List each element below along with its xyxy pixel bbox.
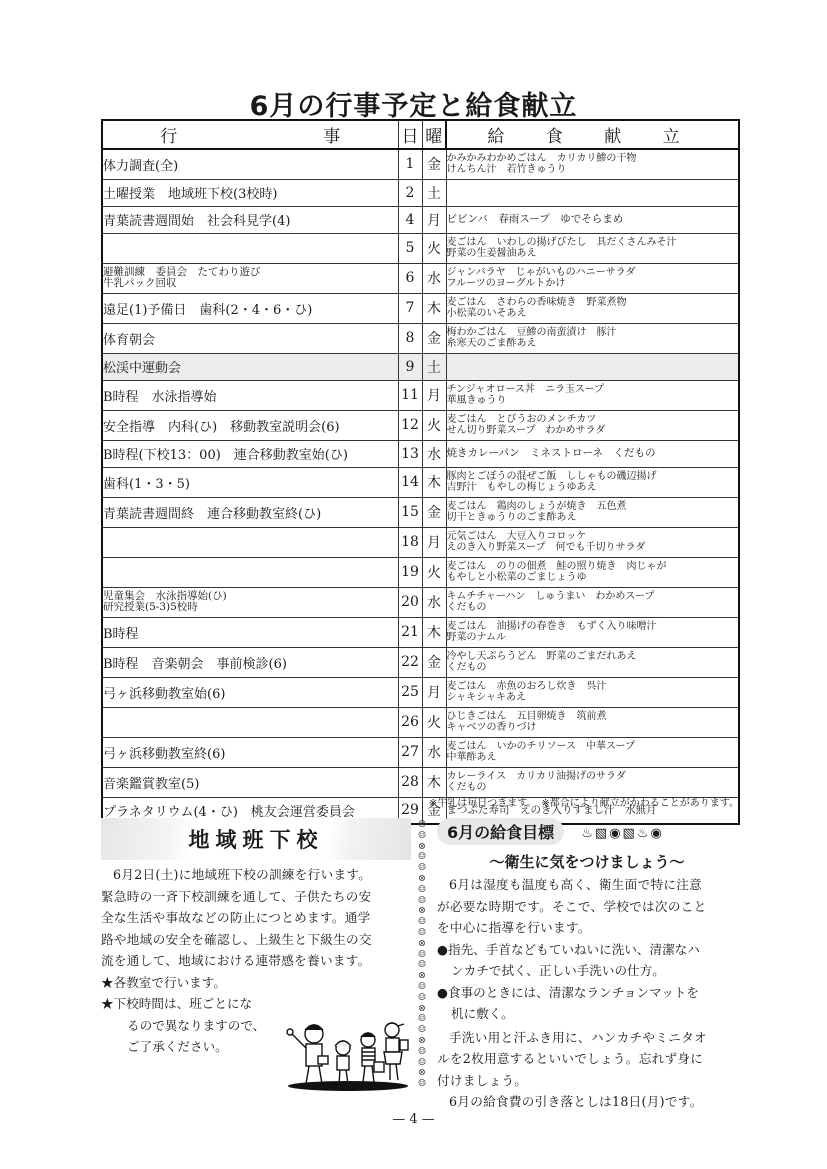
section-paragraph: 6月2日(土)に地域班下校の訓練を行います。緊急時の一斉下校訓練を通して、子供た… <box>101 864 411 972</box>
menu-cell: 麦ごはん いわしの揚げびたし 具だくさんみそ汁野菜の生姜醤油あえ <box>446 233 739 263</box>
section-heading: 地域班下校 <box>101 824 411 854</box>
menu-line: フルーツのヨーグルトかけ <box>447 278 739 289</box>
menu-line: キャベツの香りづけ <box>447 722 739 733</box>
lunch-goal-intro: 6月は湿度も温度も高く、衛生面で特に注意が必要な時期です。そこで、学校では次のこ… <box>437 874 737 939</box>
notice-item: ★各教室で行います。 <box>101 972 411 994</box>
notice-item: ★下校時間は、班ごとにな <box>101 993 411 1015</box>
day-cell: 5 <box>398 233 422 263</box>
table-row: B時程 水泳指導始11月チンジャオロース丼 ニラ玉スープ華風きゅうり <box>102 380 739 410</box>
menu-line: 麦ごはん いわしの揚げびたし 具だくさんみそ汁 <box>447 237 739 248</box>
table-row: 26火ひじきごはん 五目卵焼き 筑前煮キャベツの香りづけ <box>102 707 739 737</box>
menu-line: 麦ごはん いかのチリソース 中華スープ <box>447 741 739 752</box>
table-row: B時程(下校13：00) 連合移動教室始(ひ)13水焼きカレーパン ミネストロー… <box>102 440 739 467</box>
menu-cell: カレーライス カリカリ油揚げのサラダくだもの <box>446 767 739 797</box>
header-event: 行事 <box>102 120 398 149</box>
menu-line: けんちん汁 若竹きゅうり <box>447 164 739 175</box>
menu-line: 糸寒天のごま酢あえ <box>447 338 739 349</box>
table-row: 遠足(1)予備日 歯科(2・4・6・ひ)7木麦ごはん さわらの香味焼き 野菜煮物… <box>102 293 739 323</box>
weekday-cell: 火 <box>422 410 446 440</box>
table-row: 松渓中運動会9土 <box>102 353 739 380</box>
table-row: 体力調査(全)1金かみかみわかめごはん カリカリ鯵の干物けんちん汁 若竹きゅうり <box>102 149 739 179</box>
day-cell: 28 <box>398 767 422 797</box>
day-cell: 9 <box>398 353 422 380</box>
header-event-char-1: 行 <box>160 122 177 147</box>
menu-cell <box>446 179 739 206</box>
day-cell: 20 <box>398 587 422 617</box>
menu-line: 冷やし天ぷらうどん 野菜のごまだれあえ <box>447 651 739 662</box>
menu-line: 焼きカレーパン ミネストローネ くだもの <box>447 448 739 459</box>
event-cell <box>102 527 398 557</box>
section-lunch-goal: 6月の給食目標 ♨▧◉▧♨◉ ～衛生に気をつけましょう～ 6月は湿度も温度も高く… <box>437 818 737 1113</box>
closing-line: 付けましょう。 <box>437 1070 737 1092</box>
table-row: 弓ヶ浜移動教室始(6)25月麦ごはん 赤魚のおろし炊き 呉汁シャキシャキあえ <box>102 677 739 707</box>
event-line: B時程(下校13：00) 連合移動教室始(ひ) <box>103 444 398 463</box>
menu-line: 華風きゅうり <box>447 395 739 406</box>
event-cell: B時程 <box>102 617 398 647</box>
weekday-cell: 月 <box>422 677 446 707</box>
event-line: B時程 水泳指導始 <box>103 386 398 405</box>
intro-line: を中心に指導を行います。 <box>437 917 737 939</box>
day-cell: 2 <box>398 179 422 206</box>
smiley-icon: ☺ <box>418 993 427 1004</box>
menu-line: チンジャオロース丼 ニラ玉スープ <box>447 384 739 395</box>
menu-line: 麦ごはん 鶏肉のしょうが焼き 五色煮 <box>447 501 739 512</box>
menu-cell: 麦ごはん いかのチリソース 中華スープ中華酢あえ <box>446 737 739 767</box>
menu-line: 元気ごはん 大豆入りコロッケ <box>447 531 739 542</box>
event-line: 青葉読書週間終 連合移動教室終(ひ) <box>103 503 398 522</box>
day-cell: 21 <box>398 617 422 647</box>
event-cell: 青葉読書週間終 連合移動教室終(ひ) <box>102 497 398 527</box>
smiley-icon: ☺ <box>418 1079 427 1090</box>
event-cell: 安全指導 内科(ひ) 移動教室説明会(6) <box>102 410 398 440</box>
event-cell: 体育朝会 <box>102 323 398 353</box>
smiley-icon: ⊗ <box>418 939 426 950</box>
menu-cell: 麦ごはん 赤魚のおろし炊き 呉汁シャキシャキあえ <box>446 677 739 707</box>
pie-icon: ♨ <box>637 826 651 841</box>
day-cell: 12 <box>398 410 422 440</box>
event-line: 遠足(1)予備日 歯科(2・4・6・ひ) <box>103 299 398 318</box>
event-cell: 土曜授業 地域班下校(3校時) <box>102 179 398 206</box>
menu-cell: 麦ごはん さわらの香味焼き 野菜煮物小松菜のいそあえ <box>446 293 739 323</box>
menu-line: 切干ときゅうりのごま酢あえ <box>447 512 739 523</box>
menu-cell: 豚肉とごぼうの混ぜご飯 ししゃもの磯辺揚げ吉野汁 もやしの梅じょうゆあえ <box>446 467 739 497</box>
pie-icon: ♨ <box>581 826 595 841</box>
table-row: 音楽鑑賞教室(5)28木カレーライス カリカリ油揚げのサラダくだもの <box>102 767 739 797</box>
menu-line: キムチチャーハン しゅうまい わかめスープ <box>447 591 739 602</box>
menu-cell: 梅わかごはん 豆鯵の南蛮漬け 豚汁糸寒天のごま酢あえ <box>446 323 739 353</box>
weekday-cell: 木 <box>422 617 446 647</box>
event-cell: 音楽鑑賞教室(5) <box>102 767 398 797</box>
weekday-cell: 月 <box>422 380 446 410</box>
day-cell: 18 <box>398 527 422 557</box>
table-row: 青葉読書週間始 社会科見学(4)4月ビビンバ 春雨スープ ゆでそらまめ <box>102 206 739 233</box>
intro-line: 6月は湿度も温度も高く、衛生面で特に注意 <box>437 874 737 896</box>
event-line: 歯科(1・3・5) <box>103 473 398 492</box>
table-row: 弓ヶ浜移動教室終(6)27水麦ごはん いかのチリソース 中華スープ中華酢あえ <box>102 737 739 767</box>
paragraph-line: 全な生活や事故などの防止につとめます。通学 <box>101 907 411 929</box>
menu-line: 小松菜のいそあえ <box>447 308 739 319</box>
footnote: ※牛乳は毎日つきます。 ※都合により献立がかわることがあります。 <box>429 794 739 809</box>
day-cell: 4 <box>398 206 422 233</box>
event-line: 弓ヶ浜移動教室始(6) <box>103 683 398 702</box>
menu-line: 豚肉とごぼうの混ぜご飯 ししゃもの磯辺揚げ <box>447 471 739 482</box>
menu-cell <box>446 353 739 380</box>
event-line: 弓ヶ浜移動教室終(6) <box>103 743 398 762</box>
smiley-icon: ☺ <box>418 831 427 842</box>
event-line: 安全指導 内科(ひ) 移動教室説明会(6) <box>103 416 398 435</box>
closing-line: ルを2枚用意するといいでしょう。忘れず身に <box>437 1048 737 1070</box>
weekday-cell: 金 <box>422 647 446 677</box>
table-row: B時程 音楽朝会 事前検診(6)22金冷やし天ぷらうどん 野菜のごまだれあえくだ… <box>102 647 739 677</box>
day-cell: 27 <box>398 737 422 767</box>
menu-line: 麦ごはん のりの佃煮 鮭の照り焼き 肉じゃが <box>447 561 739 572</box>
event-cell: B時程 水泳指導始 <box>102 380 398 410</box>
lunch-goal-closing: 手洗い用と汗ふき用に、ハンカチやミニタオルを2枚用意するといいでしょう。忘れず身… <box>437 1027 737 1113</box>
menu-cell: 冷やし天ぷらうどん 野菜のごまだれあえくだもの <box>446 647 739 677</box>
menu-cell: 麦ごはん 油揚げの春巻き もずく入り味噌汁野菜のナムル <box>446 617 739 647</box>
section-heading-box: 地域班下校 <box>101 818 411 860</box>
weekday-cell: 金 <box>422 323 446 353</box>
event-cell: 松渓中運動会 <box>102 353 398 380</box>
header-event-char-2: 事 <box>323 122 340 147</box>
menu-cell: かみかみわかめごはん カリカリ鯵の干物けんちん汁 若竹きゅうり <box>446 149 739 179</box>
closing-line: 手洗い用と汗ふき用に、ハンカチやミニタオ <box>437 1027 737 1049</box>
lunch-goal-subtitle: ～衛生に気をつけましょう～ <box>437 851 737 872</box>
event-line: 青葉読書週間始 社会科見学(4) <box>103 210 398 229</box>
menu-line: えのき入り野菜スープ 何でも千切りサラダ <box>447 542 739 553</box>
weekday-cell: 月 <box>422 527 446 557</box>
table-body: 体力調査(全)1金かみかみわかめごはん カリカリ鯵の干物けんちん汁 若竹きゅうり… <box>102 149 739 824</box>
event-line: B時程 音楽朝会 事前検診(6) <box>103 653 398 672</box>
weekday-cell: 水 <box>422 587 446 617</box>
menu-line: くだもの <box>447 782 739 793</box>
egg-icon: ◉ <box>609 826 622 841</box>
smiley-divider: ☺☺⊗☺☺⊗☺☺⊗☺☺⊗☺☺⊗☺☺⊗☺☺⊗☺☺⊗☺ <box>415 820 429 1090</box>
day-cell: 1 <box>398 149 422 179</box>
menu-cell: チンジャオロース丼 ニラ玉スープ華風きゅうり <box>446 380 739 410</box>
lunch-goal-bullets: ●指先、手首などもていねいに洗い、清潔なハンカチで拭く、正しい手洗いの仕方。●食… <box>437 939 737 1025</box>
day-cell: 19 <box>398 557 422 587</box>
closing-line: 6月の給食費の引き落としは18日(月)です。 <box>437 1091 737 1113</box>
weekday-cell: 金 <box>422 497 446 527</box>
event-cell: 体力調査(全) <box>102 149 398 179</box>
weekday-cell: 金 <box>422 149 446 179</box>
table-row: 土曜授業 地域班下校(3校時)2土 <box>102 179 739 206</box>
event-cell <box>102 233 398 263</box>
event-cell: 青葉読書週間始 社会科見学(4) <box>102 206 398 233</box>
weekday-cell: 水 <box>422 263 446 293</box>
event-line: 松渓中運動会 <box>103 357 398 376</box>
menu-line: 吉野汁 もやしの梅じょうゆあえ <box>447 482 739 493</box>
menu-line: 麦ごはん 赤魚のおろし炊き 呉汁 <box>447 681 739 692</box>
intro-line: が必要な時期です。そこで、学校では次のこと <box>437 896 737 918</box>
event-line: プラネタリウム(4・ひ) 桃友会運営委員会 <box>103 801 398 820</box>
event-line: 体育朝会 <box>103 329 398 348</box>
day-cell: 25 <box>398 677 422 707</box>
menu-line: 麦ごはん とびうおのメンチカツ <box>447 414 739 425</box>
menu-line: ビビンバ 春雨スープ ゆでそらまめ <box>447 214 739 225</box>
day-cell: 15 <box>398 497 422 527</box>
day-cell: 8 <box>398 323 422 353</box>
food-icons: ♨▧◉▧♨◉ <box>581 826 664 841</box>
event-cell: B時程 音楽朝会 事前検診(6) <box>102 647 398 677</box>
menu-line: 麦ごはん さわらの香味焼き 野菜煮物 <box>447 297 739 308</box>
weekday-cell: 月 <box>422 206 446 233</box>
menu-cell: 麦ごはん のりの佃煮 鮭の照り焼き 肉じゃがもやしと小松菜のごまじょうゆ <box>446 557 739 587</box>
header-dow: 曜 <box>422 120 446 149</box>
event-cell: 児童集会 水泳指導始(ひ)研究授業(5-3)5校時 <box>102 587 398 617</box>
menu-cell: ひじきごはん 五目卵焼き 筑前煮キャベツの香りづけ <box>446 707 739 737</box>
weekday-cell: 火 <box>422 233 446 263</box>
menu-line: 麦ごはん 油揚げの春巻き もずく入り味噌汁 <box>447 621 739 632</box>
weekday-cell: 水 <box>422 440 446 467</box>
event-cell: B時程(下校13：00) 連合移動教室始(ひ) <box>102 440 398 467</box>
menu-line: せん切り野菜スープ わかめサラダ <box>447 425 739 436</box>
bread-icon: ▧ <box>595 826 609 841</box>
weekday-cell: 水 <box>422 737 446 767</box>
day-cell: 6 <box>398 263 422 293</box>
schedule-menu-table: 行事 日 曜 給 食 献 立 体力調査(全)1金かみかみわかめごはん カリカリ鯵… <box>101 119 740 825</box>
event-line: 研究授業(5-3)5校時 <box>103 602 398 613</box>
menu-line: 梅わかごはん 豆鯵の南蛮漬け 豚汁 <box>447 327 739 338</box>
day-cell: 11 <box>398 380 422 410</box>
paragraph-line: 緊急時の一斉下校訓練を通して、子供たちの安 <box>101 886 411 908</box>
menu-cell: ビビンバ 春雨スープ ゆでそらまめ <box>446 206 739 233</box>
table-row: 体育朝会8金梅わかごはん 豆鯵の南蛮漬け 豚汁糸寒天のごま酢あえ <box>102 323 739 353</box>
event-line: 土曜授業 地域班下校(3校時) <box>103 183 398 202</box>
menu-line: くだもの <box>447 662 739 673</box>
event-line: 音楽鑑賞教室(5) <box>103 773 398 792</box>
event-cell: 避難訓練 委員会 たてわり遊び牛乳パック回収 <box>102 263 398 293</box>
weekday-cell: 火 <box>422 557 446 587</box>
lunch-goal-heading: 6月の給食目標 <box>437 818 564 845</box>
menu-line: 野菜の生姜醤油あえ <box>447 248 739 259</box>
weekday-cell: 土 <box>422 179 446 206</box>
day-cell: 26 <box>398 707 422 737</box>
event-cell <box>102 707 398 737</box>
menu-line: ひじきごはん 五目卵焼き 筑前煮 <box>447 711 739 722</box>
table-row: 5火麦ごはん いわしの揚げびたし 具だくさんみそ汁野菜の生姜醤油あえ <box>102 233 739 263</box>
table-row: 歯科(1・3・5)14木豚肉とごぼうの混ぜご飯 ししゃもの磯辺揚げ吉野汁 もやし… <box>102 467 739 497</box>
smiley-icon: ☺ <box>418 885 427 896</box>
weekday-cell: 木 <box>422 293 446 323</box>
weekday-cell: 土 <box>422 353 446 380</box>
header-menu-label: 給 食 献 立 <box>487 127 697 147</box>
event-line: 体力調査(全) <box>103 155 398 174</box>
egg-icon: ◉ <box>650 826 663 841</box>
menu-line: カレーライス カリカリ油揚げのサラダ <box>447 771 739 782</box>
weekday-cell: 木 <box>422 767 446 797</box>
event-line: 牛乳パック回収 <box>103 278 398 289</box>
event-line: B時程 <box>103 623 398 642</box>
table-row: 避難訓練 委員会 たてわり遊び牛乳パック回収6水ジャンバラヤ じゃがいものハニー… <box>102 263 739 293</box>
menu-cell: 麦ごはん 鶏肉のしょうが焼き 五色煮切干ときゅうりのごま酢あえ <box>446 497 739 527</box>
day-cell: 14 <box>398 467 422 497</box>
bullet-item: ●食事のときには、清潔なランチョンマットを <box>437 982 737 1004</box>
paragraph-line: 路や地域の安全を確認し、上級生と下級生の交 <box>101 929 411 951</box>
weekday-cell: 木 <box>422 467 446 497</box>
menu-line: ジャンバラヤ じゃがいものハニーサラダ <box>447 267 739 278</box>
menu-line: 野菜のナムル <box>447 632 739 643</box>
menu-line: くだもの <box>447 602 739 613</box>
bullet-item: ●指先、手首などもていねいに洗い、清潔なハ <box>437 939 737 961</box>
menu-line: もやしと小松菜のごまじょうゆ <box>447 572 739 583</box>
table-row: 児童集会 水泳指導始(ひ)研究授業(5-3)5校時20水キムチチャーハン しゅう… <box>102 587 739 617</box>
menu-line: 中華酢あえ <box>447 752 739 763</box>
children-walking-illustration <box>278 1020 418 1092</box>
event-cell <box>102 557 398 587</box>
event-cell: 遠足(1)予備日 歯科(2・4・6・ひ) <box>102 293 398 323</box>
table-header-row: 行事 日 曜 給 食 献 立 <box>102 120 739 149</box>
menu-cell: 麦ごはん とびうおのメンチカツせん切り野菜スープ わかめサラダ <box>446 410 739 440</box>
bread-icon: ▧ <box>623 826 637 841</box>
header-menu: 給 食 献 立 <box>446 120 739 149</box>
day-cell: 22 <box>398 647 422 677</box>
table-row: B時程21木麦ごはん 油揚げの春巻き もずく入り味噌汁野菜のナムル <box>102 617 739 647</box>
smiley-icon: ☺ <box>418 1047 427 1058</box>
menu-line: シャキシャキあえ <box>447 692 739 703</box>
table-row: 18月元気ごはん 大豆入りコロッケえのき入り野菜スープ 何でも千切りサラダ <box>102 527 739 557</box>
day-cell: 13 <box>398 440 422 467</box>
menu-line: かみかみわかめごはん カリカリ鯵の干物 <box>447 153 739 164</box>
table-row: 青葉読書週間終 連合移動教室終(ひ)15金麦ごはん 鶏肉のしょうが焼き 五色煮切… <box>102 497 739 527</box>
table-row: 安全指導 内科(ひ) 移動教室説明会(6)12火麦ごはん とびうおのメンチカツせ… <box>102 410 739 440</box>
event-cell: 歯科(1・3・5) <box>102 467 398 497</box>
paragraph-line: 6月2日(土)に地域班下校の訓練を行います。 <box>101 864 411 886</box>
paragraph-line: 流を通して、地域における連帯感を養います。 <box>101 950 411 972</box>
menu-cell: キムチチャーハン しゅうまい わかめスープくだもの <box>446 587 739 617</box>
menu-cell: 焼きカレーパン ミネストローネ くだもの <box>446 440 739 467</box>
page-number: — 4 — <box>0 1112 827 1127</box>
table-row: 19火麦ごはん のりの佃煮 鮭の照り焼き 肉じゃがもやしと小松菜のごまじょうゆ <box>102 557 739 587</box>
menu-cell: ジャンバラヤ じゃがいものハニーサラダフルーツのヨーグルトかけ <box>446 263 739 293</box>
bullet-item: 机に敷く。 <box>437 1003 737 1025</box>
menu-cell: 元気ごはん 大豆入りコロッケえのき入り野菜スープ 何でも千切りサラダ <box>446 527 739 557</box>
weekday-cell: 火 <box>422 707 446 737</box>
event-cell: 弓ヶ浜移動教室始(6) <box>102 677 398 707</box>
bullet-item: ンカチで拭く、正しい手洗いの仕方。 <box>437 960 737 982</box>
header-day: 日 <box>398 120 422 149</box>
event-cell: 弓ヶ浜移動教室終(6) <box>102 737 398 767</box>
page-title: 6月の行事予定と給食献立 <box>0 84 827 123</box>
day-cell: 7 <box>398 293 422 323</box>
